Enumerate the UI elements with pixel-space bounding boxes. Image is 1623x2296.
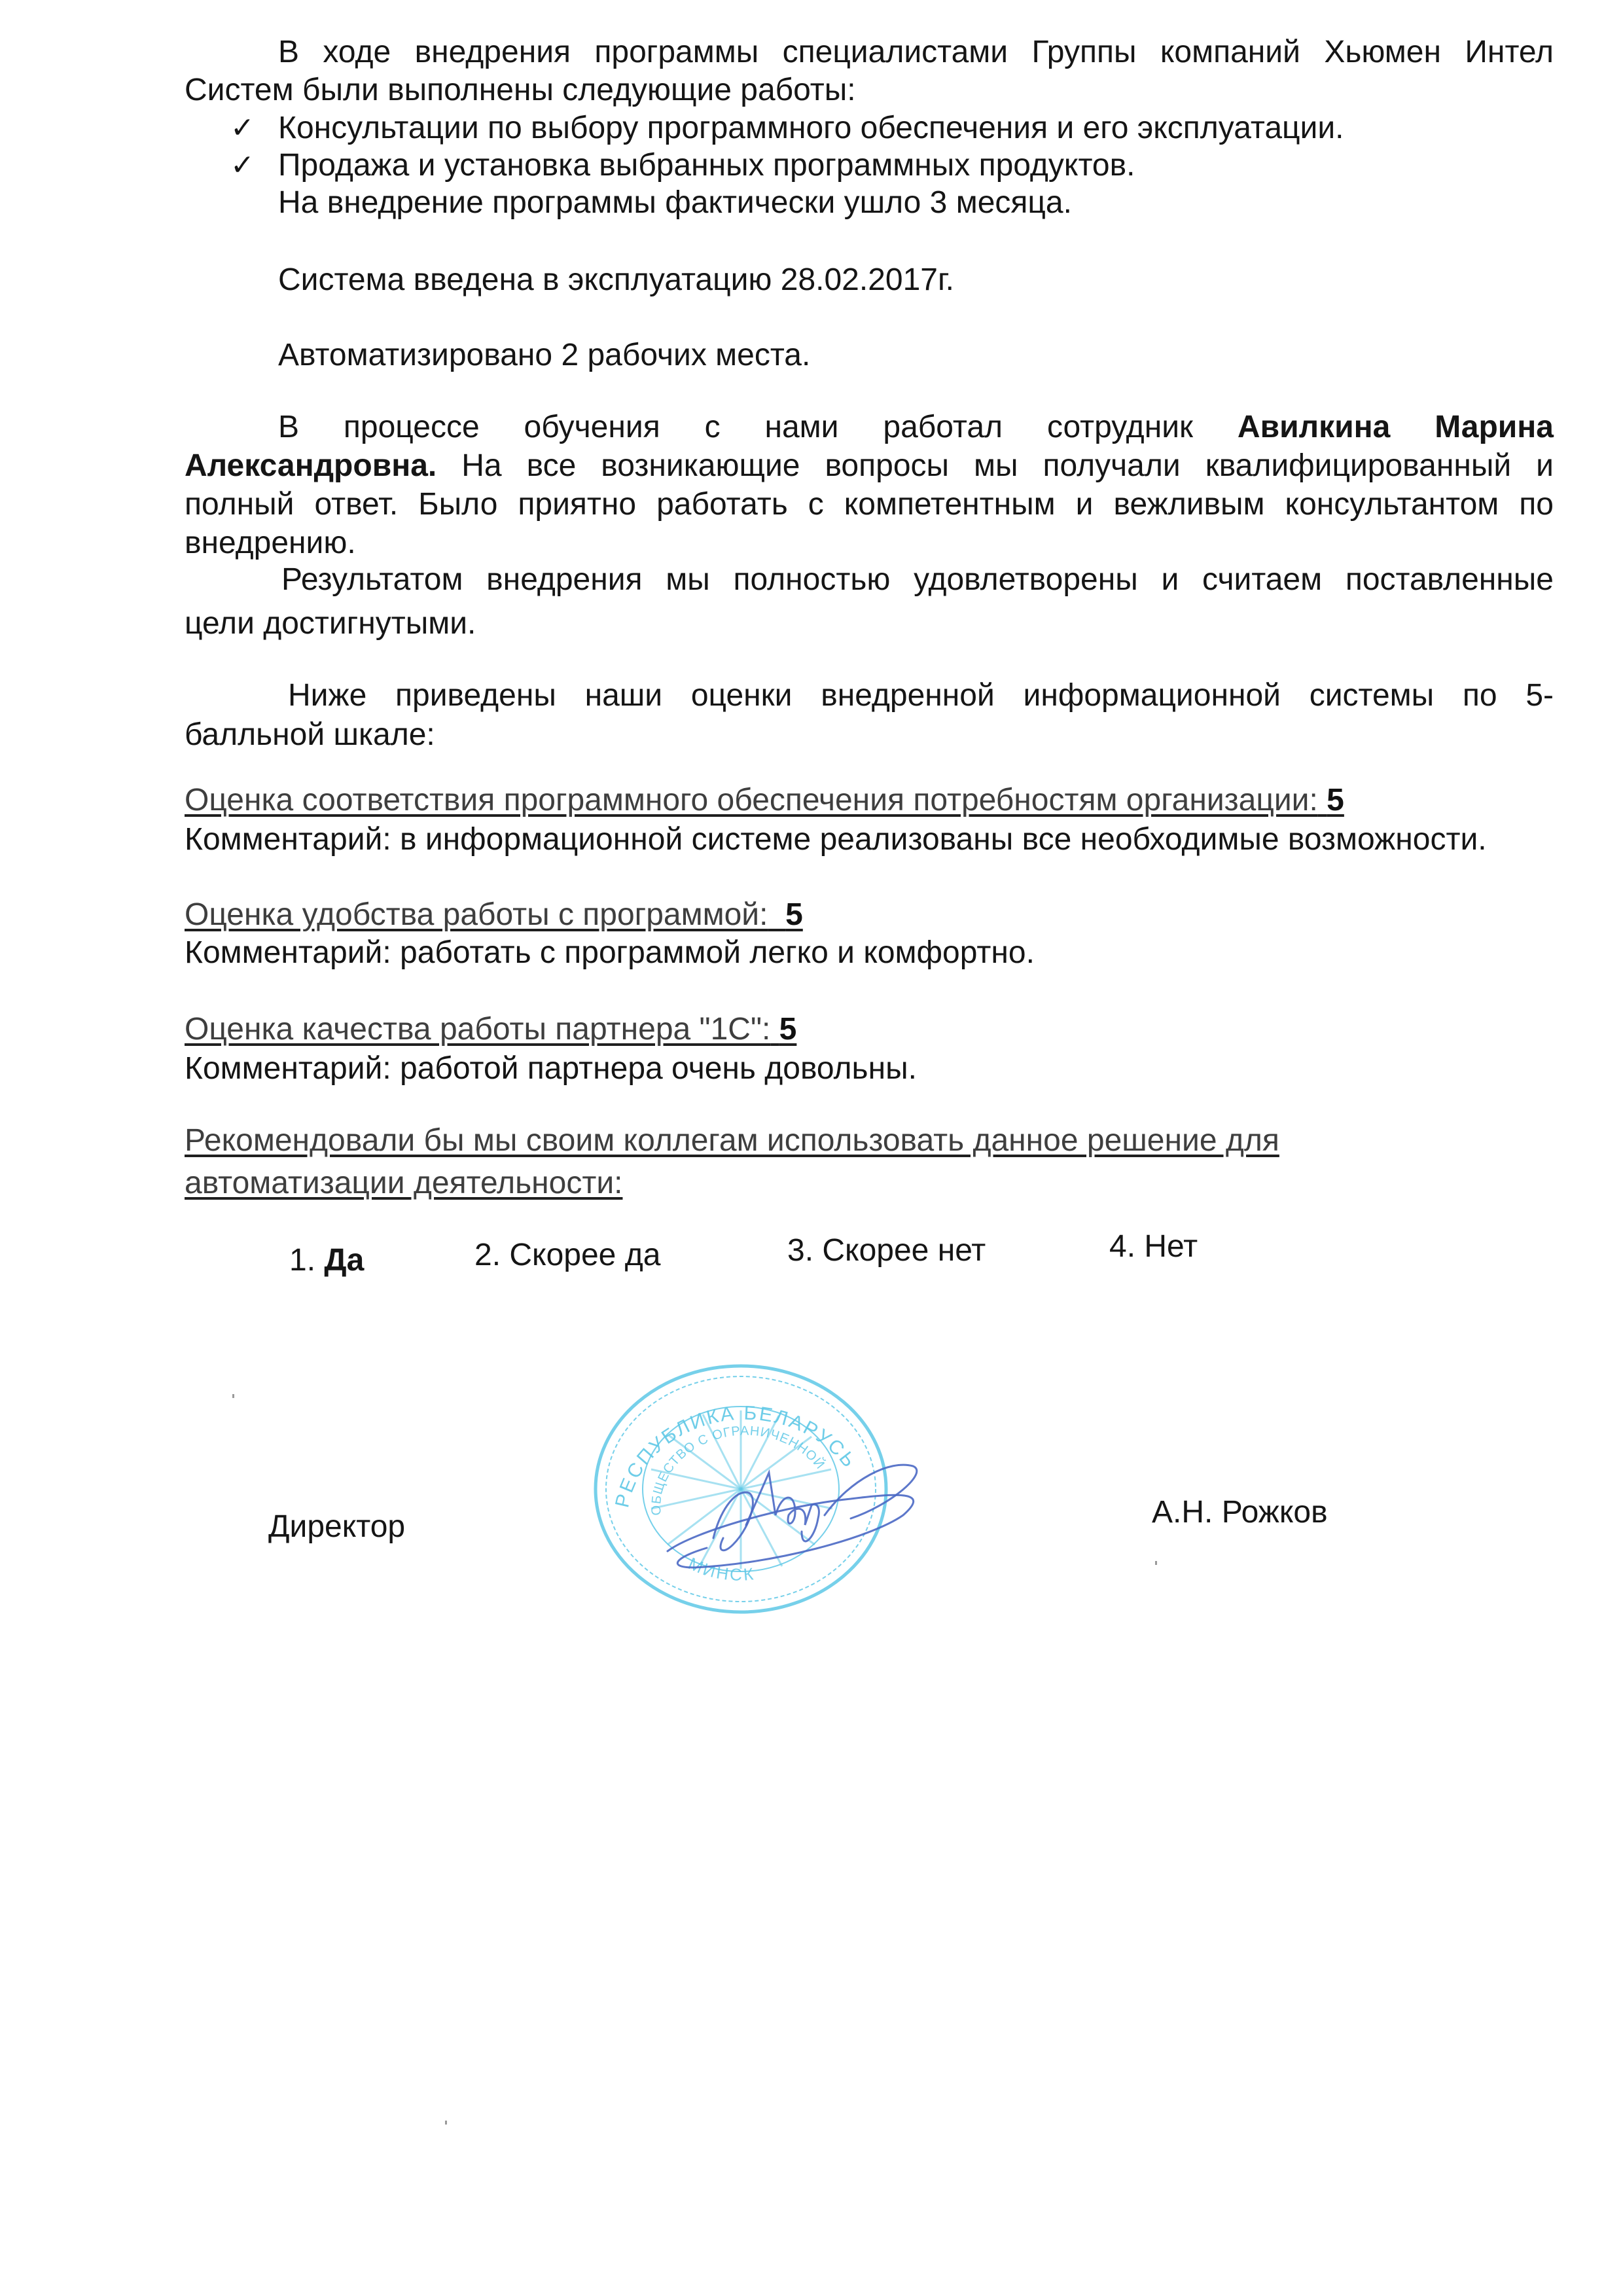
scan-speck [232,1394,234,1398]
option-number: 3. [787,1233,813,1268]
intro-line-2: Систем были выполнены следующие работы: [185,72,856,109]
rating-comment-3: Комментарий: работой партнера очень дово… [185,1050,917,1087]
letter-page: В ходе внедрения программы специалистами… [0,0,1623,2296]
rating-heading-1: Оценка соответствия программного обеспеч… [185,782,1344,819]
checkmark-icon: ✓ [230,110,255,147]
ratings-intro-line-1: Ниже приведены наши оценки внедренной ин… [288,677,1554,714]
scan-speck [1155,1561,1157,1565]
duration-text: На внедрение программы фактически ушло 3… [278,185,1072,221]
rating-label: Оценка качества работы партнера "1С": [185,1012,770,1047]
signatory-name: А.Н. Рожков [1152,1494,1328,1531]
handwritten-signature-icon [654,1453,955,1584]
rating-score: 5 [779,1012,797,1047]
option-label: Нет [1144,1229,1198,1264]
option-label: Скорее да [509,1238,660,1272]
training-intro: В процессе обучения с нами работал сотру… [278,410,1193,444]
option-label-selected: Да [324,1243,364,1278]
option-number: 2. [474,1238,501,1272]
training-line-3: полный ответ. Было приятно работать с ко… [185,486,1554,523]
training-line-2-text: На все возникающие вопросы мы получали к… [461,448,1554,483]
recommend-option-no: 4. Нет [1109,1229,1198,1265]
launch-date-text: Система введена в эксплуатацию 28.02.201… [278,262,954,298]
ratings-intro-line-2: балльной шкале: [185,717,435,753]
training-line-4: внедрению. [185,525,356,562]
work-item-2: Продажа и установка выбранных программны… [278,147,1135,184]
result-line-1: Результатом внедрения мы полностью удовл… [281,562,1554,598]
option-number: 4. [1109,1229,1135,1264]
rating-heading-2: Оценка удобства работы с программой: 5 [185,897,803,933]
rating-score: 5 [785,897,803,932]
rating-label: Оценка соответствия программного обеспеч… [185,783,1318,817]
employee-patronymic: Александровна. [185,448,437,483]
recommend-question-line-1: Рекомендовали бы мы своим коллегам испол… [185,1122,1279,1159]
scan-speck [445,2121,447,2125]
rating-heading-3: Оценка качества работы партнера "1С": 5 [185,1011,796,1048]
signatory-position: Директор [268,1509,405,1545]
rating-label: Оценка удобства работы с программой: [185,897,768,932]
recommend-option-rather-no: 3. Скорее нет [787,1232,986,1269]
rating-score: 5 [1327,783,1344,817]
intro-line-1: В ходе внедрения программы специалистами… [278,34,1554,71]
recommend-question-line-2: автоматизации деятельности: [185,1165,622,1202]
employee-name: Авилкина Марина [1238,410,1554,444]
recommend-option-rather-yes: 2. Скорее да [474,1237,660,1274]
rating-comment-1: Комментарий: в информационной системе ре… [185,821,1487,858]
option-label: Скорее нет [822,1233,986,1268]
workplaces-text: Автоматизировано 2 рабочих места. [278,337,810,374]
rating-comment-2: Комментарий: работать с программой легко… [185,935,1035,971]
training-line-2: Александровна. На все возникающие вопрос… [185,448,1554,484]
option-number: 1. [289,1243,315,1278]
result-line-2: цели достигнутыми. [185,605,476,642]
checkmark-icon: ✓ [230,147,255,184]
training-line-1: В процессе обучения с нами работал сотру… [278,409,1554,446]
work-item-1: Консультации по выбору программного обес… [278,110,1344,147]
recommend-option-yes: 1. Да [289,1242,364,1279]
